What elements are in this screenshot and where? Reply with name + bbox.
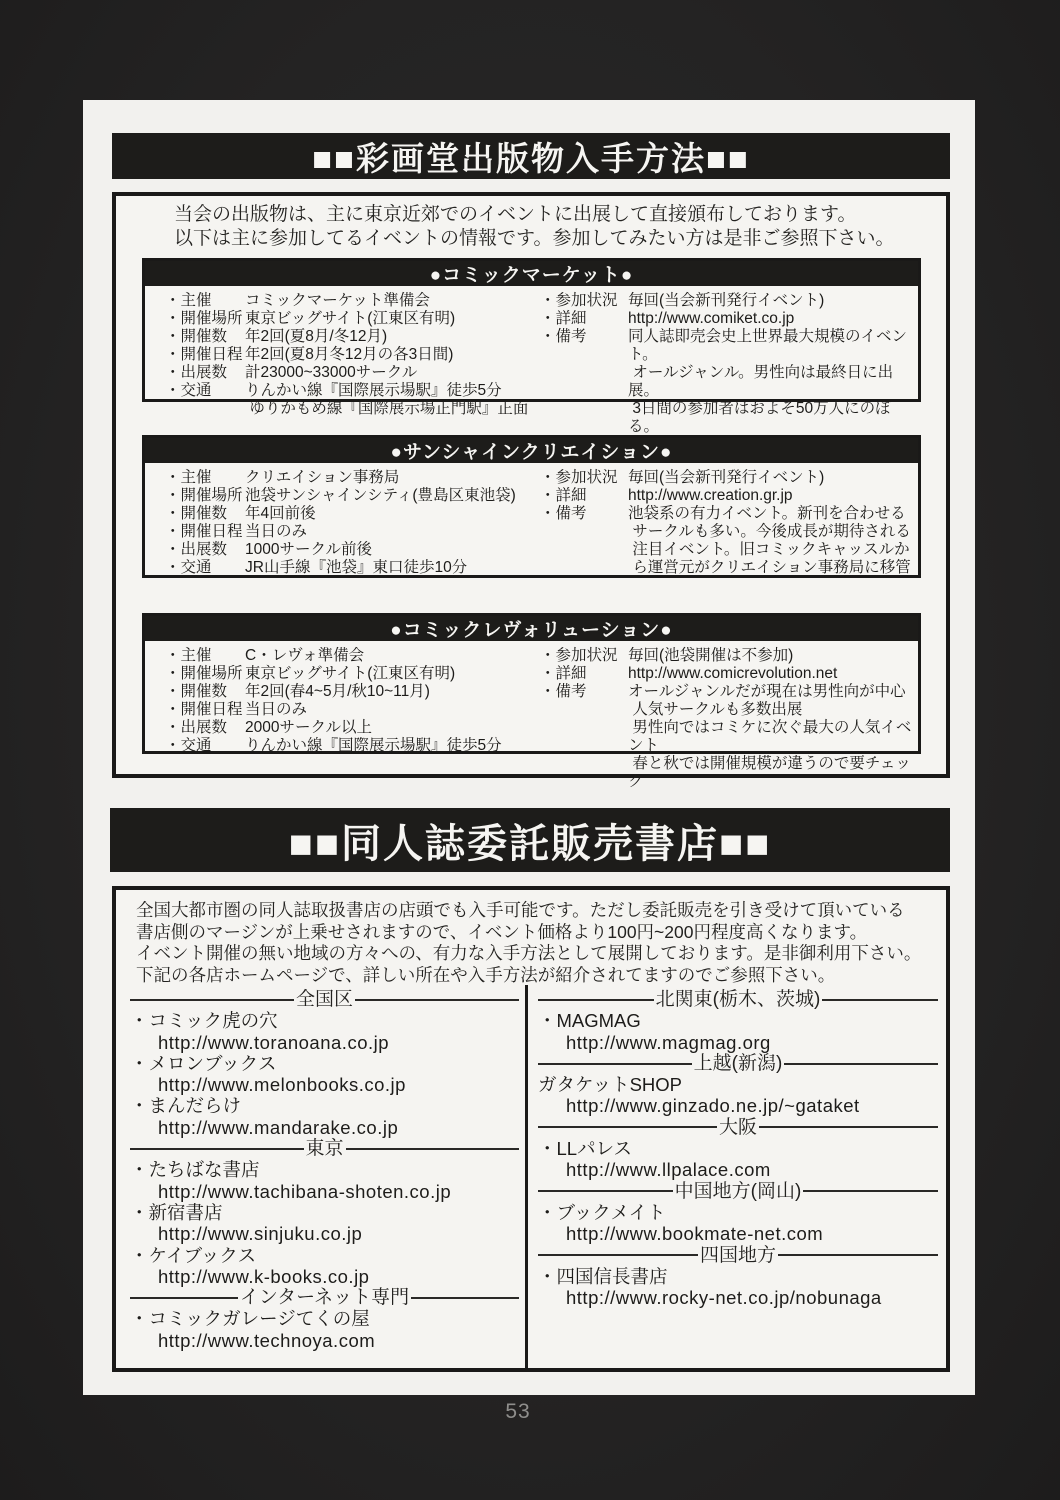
region-rule-right: [778, 1254, 938, 1256]
region-label: インターネット専門: [238, 1287, 411, 1308]
event-detail-value: 当日のみ: [245, 523, 307, 541]
bookstore-item: ・コミック虎の穴http://www.toranoana.co.jp: [130, 1010, 519, 1053]
section1-title: ■■彩画堂出版物入手方法■■: [312, 133, 750, 180]
bookstore-item: ・メロンブックスhttp://www.melonbooks.co.jp: [130, 1053, 519, 1096]
bookstore-name: ・新宿書店: [130, 1202, 519, 1223]
event-detail-row: ・出展数計23000~33000サークル: [165, 364, 540, 382]
event-detail-row: ・開催場所東京ビッグサイト(江東区有明): [165, 310, 540, 328]
region-header: 大阪: [538, 1117, 938, 1138]
bookstore-name: ・MAGMAG: [538, 1010, 938, 1031]
region-label: 上越(新潟): [692, 1053, 785, 1074]
event-columns: ・主催C・レヴォ準備会・開催場所東京ビッグサイト(江東区有明)・開催数年2回(春…: [145, 641, 918, 791]
event-detail-value: りんかい線『国際展示場駅』徒歩5分 ゆりかもめ線『国際展示場正門駅』正面: [245, 382, 528, 418]
event-detail-label: ・出展数: [165, 719, 245, 737]
region-header: 上越(新潟): [538, 1053, 938, 1074]
event-detail-label: ・交通: [165, 737, 245, 755]
event-detail-label: ・交通: [165, 382, 245, 418]
bookstore-name: ガタケットSHOP: [538, 1074, 938, 1095]
event-detail-value: 年2回(夏8月/冬12月): [245, 328, 387, 346]
bookstore-url: http://www.bookmate-net.com: [538, 1223, 938, 1244]
region-label: 大阪: [717, 1117, 759, 1138]
section2-title-bar: ■■同人誌委託販売書店■■: [110, 808, 950, 872]
event-detail-row: ・開催場所東京ビッグサイト(江東区有明): [165, 665, 540, 683]
bookstore-name: ・コミックガレージてくの屋: [130, 1308, 519, 1329]
event-header: ●コミックレヴォリューション●: [145, 616, 918, 641]
region-header: 東京: [130, 1138, 519, 1159]
bookstore-url: http://www.llpalace.com: [538, 1159, 938, 1180]
region-label: 全国区: [294, 989, 355, 1010]
event-detail-row: ・開催日程当日のみ: [165, 523, 540, 541]
event-detail-value: 毎回(池袋開催は不参加): [628, 647, 793, 665]
bookstore-url: http://www.rocky-net.co.jp/nobunaga: [538, 1287, 938, 1308]
paper-frame: ■■彩画堂出版物入手方法■■ 当会の出版物は、主に東京近郊でのイベントに出展して…: [83, 100, 975, 1395]
bookstore-name: ・LLパレス: [538, 1138, 938, 1159]
bookstore-item: ・ケイブックスhttp://www.k-books.co.jp: [130, 1245, 519, 1288]
event-column-left: ・主催クリエイション事務局・開催場所池袋サンシャインシティ(豊島区東池袋)・開催…: [145, 469, 540, 577]
section1-box: 当会の出版物は、主に東京近郊でのイベントに出展して直接頒布しております。 以下は…: [112, 192, 950, 778]
section2-title: ■■同人誌委託販売書店■■: [289, 812, 772, 869]
event-detail-label: ・詳細: [540, 310, 628, 328]
event-detail-value: http://www.comicrevolution.net: [628, 665, 837, 683]
event-detail-row: ・開催日程当日のみ: [165, 701, 540, 719]
event-detail-value: http://www.comiket.co.jp: [628, 310, 794, 328]
bookstore-url: http://www.ginzado.ne.jp/~gataket: [538, 1095, 938, 1116]
event-column-left: ・主催C・レヴォ準備会・開催場所東京ビッグサイト(江東区有明)・開催数年2回(春…: [145, 647, 540, 791]
bookstore-list: 全国区・コミック虎の穴http://www.toranoana.co.jp・メロ…: [116, 985, 946, 1368]
event-detail-row: ・詳細http://www.comicrevolution.net: [540, 665, 918, 683]
bookstore-column-left: 全国区・コミック虎の穴http://www.toranoana.co.jp・メロ…: [116, 985, 525, 1368]
bookstore-url: http://www.mandarake.co.jp: [130, 1117, 519, 1138]
region-rule-left: [130, 1297, 238, 1299]
event-detail-row: ・備考池袋系の有力イベント。新刊を合わせる サークルも多い。今後成長が期待される…: [540, 505, 918, 577]
event-detail-value: オールジャンルだが現在は男性向が中心 人気サークルも多数出展 男性向ではコミケに…: [628, 683, 918, 791]
event-detail-value: http://www.creation.gr.jp: [628, 487, 793, 505]
event-detail-label: ・参加状況: [540, 292, 628, 310]
region-rule-left: [538, 1190, 673, 1192]
bookstore-item: ・MAGMAGhttp://www.magmag.org: [538, 1010, 938, 1053]
event-detail-row: ・開催日程年2回(夏8月冬12月の各3日間): [165, 346, 540, 364]
event-detail-value: コミックマーケット準備会: [245, 292, 430, 310]
event-detail-label: ・詳細: [540, 487, 628, 505]
bookstore-item: ・四国信長書店http://www.rocky-net.co.jp/nobuna…: [538, 1266, 938, 1309]
event-detail-row: ・備考オールジャンルだが現在は男性向が中心 人気サークルも多数出展 男性向ではコ…: [540, 683, 918, 791]
bookstore-item: ・LLパレスhttp://www.llpalace.com: [538, 1138, 938, 1181]
event-box: ●サンシャインクリエイション●・主催クリエイション事務局・開催場所池袋サンシャイ…: [142, 435, 921, 578]
bookstore-url: http://www.k-books.co.jp: [130, 1266, 519, 1287]
section1-intro: 当会の出版物は、主に東京近郊でのイベントに出展して直接頒布しております。 以下は…: [174, 203, 926, 251]
bookstore-name: ・ケイブックス: [130, 1245, 519, 1266]
region-rule-left: [130, 999, 294, 1001]
event-detail-label: ・開催日程: [165, 701, 245, 719]
bookstore-url: http://www.magmag.org: [538, 1032, 938, 1053]
page-number: 53: [0, 1400, 1036, 1424]
section2-intro: 全国大都市圏の同人誌取扱書店の店頭でも入手可能です。ただし委託販売を引き受けて頂…: [136, 900, 932, 986]
event-detail-label: ・開催場所: [165, 310, 245, 328]
event-column-right: ・参加状況毎回(池袋開催は不参加)・詳細http://www.comicrevo…: [540, 647, 918, 791]
event-detail-label: ・開催日程: [165, 523, 245, 541]
region-label: 北関東(栃木、茨城): [654, 989, 823, 1010]
bookstore-url: http://www.toranoana.co.jp: [130, 1032, 519, 1053]
event-detail-row: ・交通りんかい線『国際展示場駅』徒歩5分: [165, 737, 540, 755]
event-detail-value: 2000サークル以上: [245, 719, 372, 737]
event-detail-row: ・参加状況毎回(池袋開催は不参加): [540, 647, 918, 665]
event-detail-value: 池袋系の有力イベント。新刊を合わせる サークルも多い。今後成長が期待される 注目…: [628, 505, 911, 577]
event-detail-value: 東京ビッグサイト(江東区有明): [245, 665, 455, 683]
region-rule-right: [759, 1126, 938, 1128]
event-detail-label: ・開催数: [165, 683, 245, 701]
event-detail-row: ・主催C・レヴォ準備会: [165, 647, 540, 665]
event-detail-row: ・出展数1000サークル前後: [165, 541, 540, 559]
event-header: ●サンシャインクリエイション●: [145, 438, 918, 463]
region-header: 中国地方(岡山): [538, 1181, 938, 1202]
event-detail-row: ・交通りんかい線『国際展示場駅』徒歩5分 ゆりかもめ線『国際展示場正門駅』正面: [165, 382, 540, 418]
region-header: 四国地方: [538, 1245, 938, 1266]
region-rule-right: [411, 1297, 519, 1299]
bookstore-name: ・ブックメイト: [538, 1202, 938, 1223]
event-columns: ・主催クリエイション事務局・開催場所池袋サンシャインシティ(豊島区東池袋)・開催…: [145, 463, 918, 577]
event-detail-row: ・開催場所池袋サンシャインシティ(豊島区東池袋): [165, 487, 540, 505]
event-detail-label: ・開催場所: [165, 665, 245, 683]
event-header: ●コミックマーケット●: [145, 261, 918, 286]
bookstore-item: ・まんだらけhttp://www.mandarake.co.jp: [130, 1095, 519, 1138]
event-detail-label: ・開催日程: [165, 346, 245, 364]
bookstore-name: ・四国信長書店: [538, 1266, 938, 1287]
event-detail-value: 毎回(当会新刊発行イベント): [628, 292, 824, 310]
event-detail-row: ・開催数年2回(春4~5月/秋10~11月): [165, 683, 540, 701]
region-header: 全国区: [130, 989, 519, 1010]
event-detail-label: ・主催: [165, 292, 245, 310]
region-label: 中国地方(岡山): [673, 1181, 804, 1202]
event-detail-label: ・主催: [165, 647, 245, 665]
region-rule-right: [822, 999, 938, 1001]
bookstore-item: ・コミックガレージてくの屋http://www.technoya.com: [130, 1308, 519, 1351]
bookstore-item: ・たちばな書店http://www.tachibana-shoten.co.jp: [130, 1159, 519, 1202]
bookstore-url: http://www.melonbooks.co.jp: [130, 1074, 519, 1095]
event-detail-row: ・主催コミックマーケット準備会: [165, 292, 540, 310]
bookstore-url: http://www.tachibana-shoten.co.jp: [130, 1181, 519, 1202]
region-rule-left: [538, 999, 654, 1001]
bookstore-url: http://www.technoya.com: [130, 1330, 519, 1351]
event-detail-label: ・開催場所: [165, 487, 245, 505]
region-label: 四国地方: [698, 1245, 778, 1266]
event-detail-value: 当日のみ: [245, 701, 307, 719]
event-detail-row: ・参加状況毎回(当会新刊発行イベント): [540, 292, 918, 310]
event-detail-label: ・開催数: [165, 505, 245, 523]
event-detail-row: ・出展数2000サークル以上: [165, 719, 540, 737]
event-detail-label: ・交通: [165, 559, 245, 577]
section1-title-bar: ■■彩画堂出版物入手方法■■: [112, 133, 950, 179]
region-rule-left: [538, 1063, 692, 1065]
event-detail-row: ・詳細http://www.creation.gr.jp: [540, 487, 918, 505]
event-detail-row: ・開催数年4回前後: [165, 505, 540, 523]
bookstore-item: ・ブックメイトhttp://www.bookmate-net.com: [538, 1202, 938, 1245]
bookstore-name: ・まんだらけ: [130, 1095, 519, 1116]
bookstore-name: ・たちばな書店: [130, 1159, 519, 1180]
region-rule-right: [803, 1190, 938, 1192]
event-detail-row: ・参加状況毎回(当会新刊発行イベント): [540, 469, 918, 487]
region-rule-left: [538, 1126, 717, 1128]
bookstore-item: ガタケットSHOPhttp://www.ginzado.ne.jp/~gatak…: [538, 1074, 938, 1117]
bookstore-name: ・コミック虎の穴: [130, 1010, 519, 1031]
event-detail-row: ・交通JR山手線『池袋』東口徒歩10分: [165, 559, 540, 577]
scanned-page: { "colors":{ "background":"#262525", "pa…: [0, 0, 1060, 1500]
region-label: 東京: [304, 1138, 346, 1159]
event-column-right: ・参加状況毎回(当会新刊発行イベント)・詳細http://www.creatio…: [540, 469, 918, 577]
event-detail-value: 年4回前後: [245, 505, 316, 523]
event-detail-value: 池袋サンシャインシティ(豊島区東池袋): [245, 487, 516, 505]
event-detail-label: ・備考: [540, 683, 628, 791]
bookstore-name: ・メロンブックス: [130, 1053, 519, 1074]
event-detail-label: ・参加状況: [540, 647, 628, 665]
region-rule-right: [346, 1148, 520, 1150]
event-box: ●コミックマーケット●・主催コミックマーケット準備会・開催場所東京ビッグサイト(…: [142, 258, 921, 402]
region-rule-right: [355, 999, 519, 1001]
event-detail-value: 1000サークル前後: [245, 541, 372, 559]
event-detail-label: ・備考: [540, 505, 628, 577]
event-detail-value: JR山手線『池袋』東口徒歩10分: [245, 559, 467, 577]
region-rule-left: [538, 1254, 698, 1256]
event-detail-label: ・詳細: [540, 665, 628, 683]
bookstore-column-right: 北関東(栃木、茨城)・MAGMAGhttp://www.magmag.org上越…: [525, 985, 946, 1368]
region-header: インターネット専門: [130, 1287, 519, 1308]
event-detail-row: ・詳細http://www.comiket.co.jp: [540, 310, 918, 328]
event-detail-label: ・出展数: [165, 541, 245, 559]
event-detail-value: 毎回(当会新刊発行イベント): [628, 469, 824, 487]
event-detail-value: 年2回(夏8月冬12月の各3日間): [245, 346, 453, 364]
event-detail-label: ・開催数: [165, 328, 245, 346]
event-detail-value: クリエイション事務局: [245, 469, 399, 487]
event-detail-label: ・出展数: [165, 364, 245, 382]
event-detail-row: ・開催数年2回(夏8月/冬12月): [165, 328, 540, 346]
event-detail-label: ・主催: [165, 469, 245, 487]
event-detail-row: ・主催クリエイション事務局: [165, 469, 540, 487]
section2-box: 全国大都市圏の同人誌取扱書店の店頭でも入手可能です。ただし委託販売を引き受けて頂…: [112, 886, 950, 1372]
event-detail-value: 年2回(春4~5月/秋10~11月): [245, 683, 430, 701]
event-detail-value: 計23000~33000サークル: [245, 364, 417, 382]
event-detail-value: 東京ビッグサイト(江東区有明): [245, 310, 455, 328]
event-detail-value: りんかい線『国際展示場駅』徒歩5分: [245, 737, 502, 755]
event-detail-label: ・参加状況: [540, 469, 628, 487]
bookstore-url: http://www.sinjuku.co.jp: [130, 1223, 519, 1244]
region-header: 北関東(栃木、茨城): [538, 989, 938, 1010]
region-rule-left: [130, 1148, 304, 1150]
bookstore-item: ・新宿書店http://www.sinjuku.co.jp: [130, 1202, 519, 1245]
event-box: ●コミックレヴォリューション●・主催C・レヴォ準備会・開催場所東京ビッグサイト(…: [142, 613, 921, 754]
region-rule-right: [784, 1063, 938, 1065]
event-detail-value: C・レヴォ準備会: [245, 647, 364, 665]
